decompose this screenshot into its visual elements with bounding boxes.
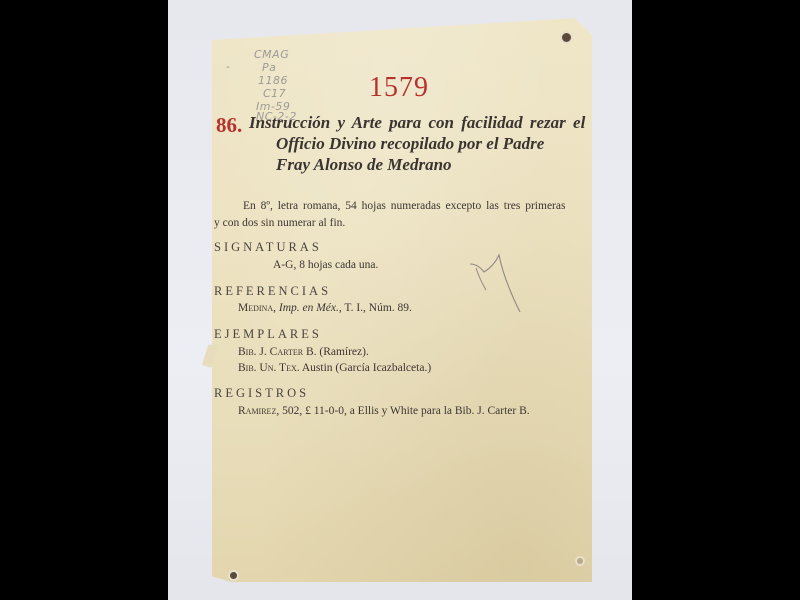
punch-hole [230,572,237,579]
title-line: Officio Divino recopilado por el Padre [249,133,589,154]
copy-detail: Austin (García Icazbalceta.) [300,362,432,374]
title-line: Instrucción y Arte para con facilidad re… [249,112,589,133]
registros-item: Ramirez, 502, £ 11-0-0, a Ellis y White … [238,405,530,417]
referencias-item: Medina, Imp. en Méx., T. I., Núm. 89. [238,302,412,314]
ejemplares-item: Bib. J. Carter B. (Ramírez). [238,346,369,358]
section-heading-signaturas: SIGNATURAS [214,240,322,255]
section-heading-referencias: REFERENCIAS [214,284,331,299]
catalog-number: 1579 [369,72,429,104]
ref-author: Medina, [238,302,276,314]
description-line: En 8º, letra romana, 54 hojas numeradas … [243,200,565,212]
registro-detail: 502, £ 11-0-0, a Ellis y White para la B… [279,405,529,417]
ref-work: Imp. en Méx. [279,302,339,314]
ref-detail: , T. I., Núm. 89. [339,302,412,314]
pencil-note: 1186 [258,74,288,87]
section-heading-ejemplares: EJEMPLARES [214,327,322,342]
pencil-note: CMAG [254,48,289,61]
description-line: y con dos sin numerar al fin. [214,217,345,229]
punch-hole [577,558,583,564]
library-name: Bib. Un. Tex. [238,362,300,374]
signaturas-item: A-G, 8 hojas cada una. [273,259,378,271]
handwritten-m-mark [468,250,528,320]
entry-title: Instrucción y Arte para con facilidad re… [249,112,589,175]
copy-detail: B. (Ramírez). [303,346,369,358]
pencil-note: C17 [263,87,286,100]
library-name: Bib. J. Carter [238,346,303,358]
pencil-note: Pa [262,61,276,74]
punch-hole [562,33,571,42]
section-heading-registros: REGISTROS [214,386,309,401]
entry-number: 86. [216,113,242,138]
pencil-dash: - [226,60,230,73]
title-line: Fray Alonso de Medrano [249,154,589,175]
registro-name: Ramirez, [238,405,279,417]
ejemplares-item: Bib. Un. Tex. Austin (García Icazbalceta… [238,362,431,374]
